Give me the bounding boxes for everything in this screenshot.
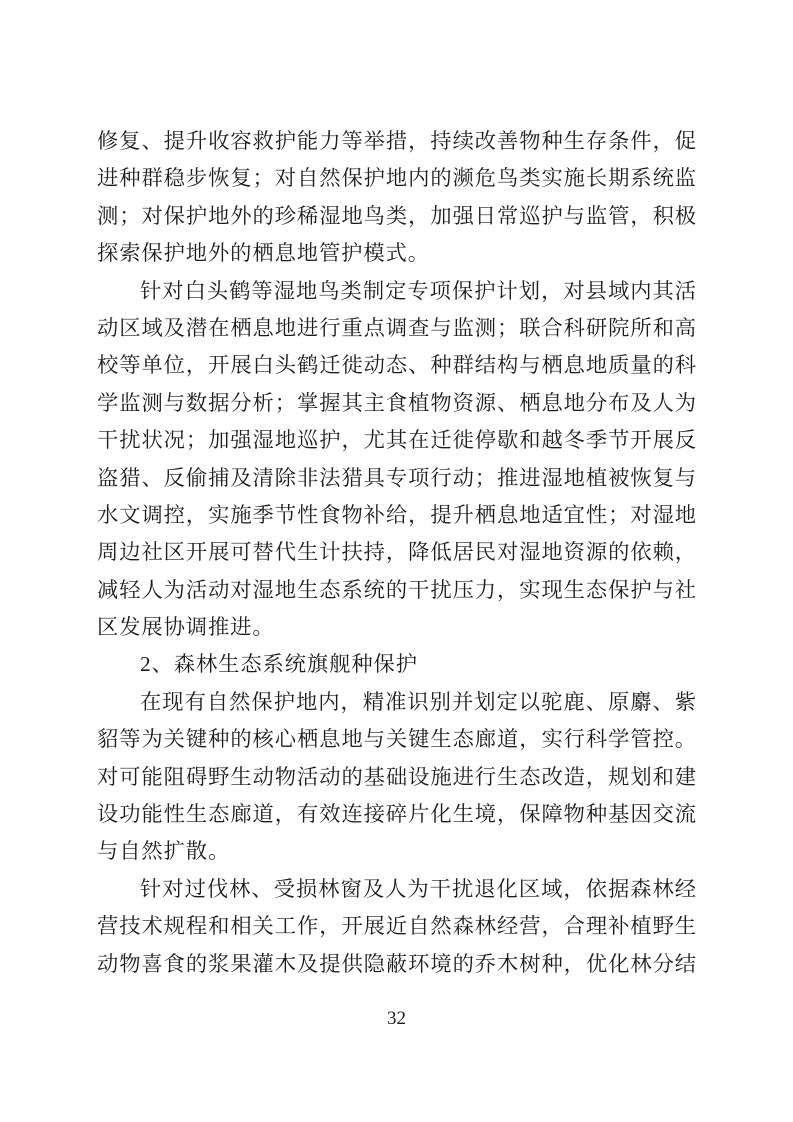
text-line: 修复、提升收容救护能力等举措，持续改善物种生存条件，促 [97,123,697,160]
text-line: 区发展协调推进。 [97,609,697,646]
text-line: 2、森林生态系统旗舰种保护 [97,646,697,683]
text-line: 盗猎、反偷捕及清除非法猎具专项行动；推进湿地植被恢复与 [97,460,697,497]
text-line: 减轻人为活动对湿地生态系统的干扰压力，实现生态保护与社 [97,572,697,609]
text-line: 进种群稳步恢复；对自然保护地内的濒危鸟类实施长期系统监 [97,160,697,197]
heading-forest-flagship-species: 2、森林生态系统旗舰种保护 [97,646,697,683]
text-line: 学监测与数据分析；掌握其主食植物资源、栖息地分布及人为 [97,385,697,422]
page-number: 32 [0,1008,793,1030]
paragraph-species-recovery-continuation: 修复、提升收容救护能力等举措，持续改善物种生存条件，促进种群稳步恢复；对自然保护… [97,123,697,273]
text-line: 探索保护地外的栖息地管护模式。 [97,235,697,272]
paragraph-key-species-corridors: 在现有自然保护地内，精准识别并划定以驼鹿、原麝、紫貂等为关键种的核心栖息地与关键… [97,684,697,871]
text-line: 对可能阻碍野生动物活动的基础设施进行生态改造，规划和建 [97,759,697,796]
text-line: 周边社区开展可替代生计扶持，降低居民对湿地资源的依赖， [97,534,697,571]
text-line: 与自然扩散。 [97,833,697,870]
text-line: 水文调控，实施季节性食物补给，提升栖息地适宜性；对湿地 [97,497,697,534]
text-line: 貂等为关键种的核心栖息地与关键生态廊道，实行科学管控。 [97,721,697,758]
text-line: 动区域及潜在栖息地进行重点调查与监测；联合科研院所和高 [97,310,697,347]
text-line: 干扰状况；加强湿地巡护，尤其在迁徙停歇和越冬季节开展反 [97,422,697,459]
document-page: 修复、提升收容救护能力等举措，持续改善物种生存条件，促进种群稳步恢复；对自然保护… [0,0,793,1122]
text-line: 设功能性生态廊道，有效连接碎片化生境，保障物种基因交流 [97,796,697,833]
paragraph-hooded-crane-protection: 针对白头鹤等湿地鸟类制定专项保护计划，对县域内其活动区域及潜在栖息地进行重点调查… [97,273,697,647]
paragraph-forest-management: 针对过伐林、受损林窗及人为干扰退化区域，依据森林经营技术规程和相关工作，开展近自… [97,871,697,983]
text-line: 测；对保护地外的珍稀湿地鸟类，加强日常巡护与监管，积极 [97,198,697,235]
text-line: 校等单位，开展白头鹤迁徙动态、种群结构与栖息地质量的科 [97,347,697,384]
text-block: 修复、提升收容救护能力等举措，持续改善物种生存条件，促进种群稳步恢复；对自然保护… [97,123,697,983]
text-line: 针对白头鹤等湿地鸟类制定专项保护计划，对县域内其活 [97,273,697,310]
text-line: 营技术规程和相关工作，开展近自然森林经营，合理补植野生 [97,908,697,945]
text-line: 在现有自然保护地内，精准识别并划定以驼鹿、原麝、紫 [97,684,697,721]
text-line: 动物喜食的浆果灌木及提供隐蔽环境的乔木树种，优化林分结 [97,946,697,983]
text-line: 针对过伐林、受损林窗及人为干扰退化区域，依据森林经 [97,871,697,908]
